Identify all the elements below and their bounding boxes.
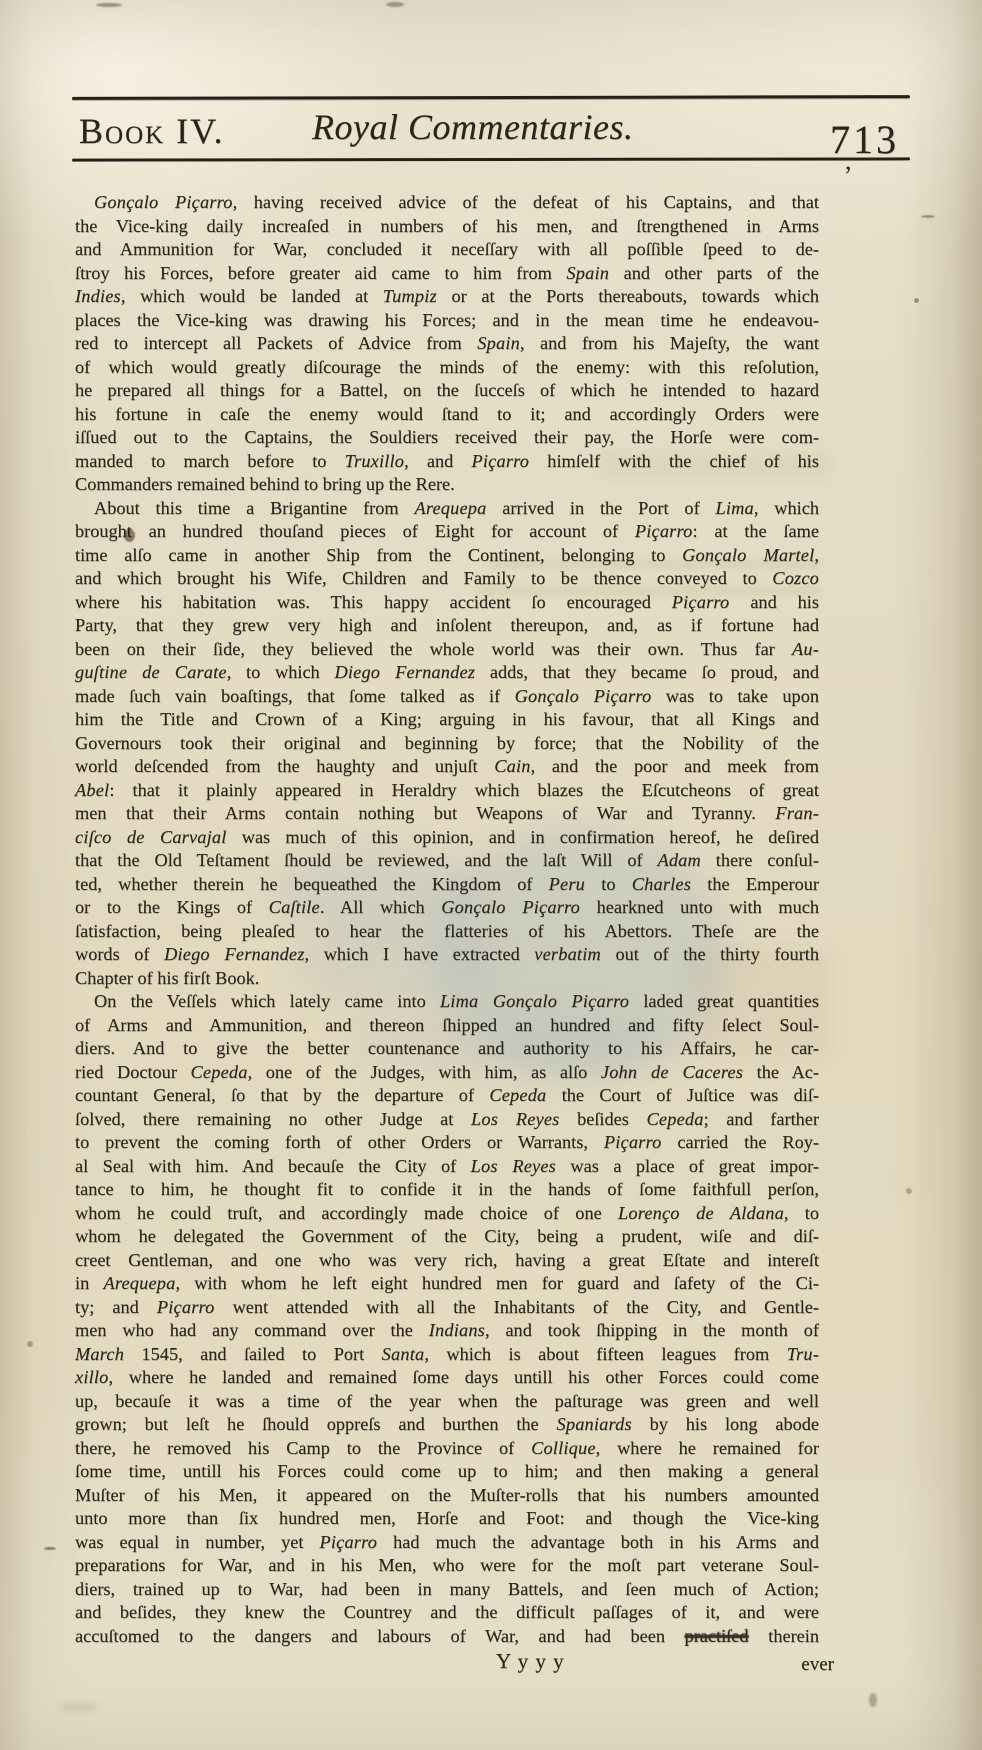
text-line: On the Veſſels which lately came into Li…: [75, 990, 819, 1014]
header-rule-bottom: [72, 157, 910, 161]
ink-mark: [906, 1188, 912, 1194]
text-line: manded to march before to Truxillo, and …: [75, 450, 819, 474]
page-number: 713: [830, 116, 899, 163]
text-line: ſome time, untill his Forces could come …: [75, 1460, 819, 1484]
text-line: up, becauſe it was a time of the year wh…: [75, 1390, 819, 1414]
paragraph: About this time a Brigantine from Areque…: [75, 497, 819, 991]
text-line: and beſides, they knew the Countrey and …: [75, 1601, 819, 1625]
paragraph: On the Veſſels which lately came into Li…: [75, 990, 819, 1648]
text-line: ted, whether therein he bequeathed the K…: [75, 873, 819, 897]
paragraph: Gonçalo Piçarro, having received advice …: [75, 191, 819, 497]
text-line: March 1545, and ſailed to Port Santa, wh…: [75, 1343, 819, 1367]
text-line: brought an hundred thouſand pieces of Ei…: [75, 520, 819, 544]
text-line: of which would greatly diſcourage the mi…: [75, 356, 819, 380]
book-number-label: Book IV.: [79, 110, 225, 152]
text-line: diers, trained up to War, had been in ma…: [75, 1578, 819, 1602]
text-line: preparations for War, and in his Men, wh…: [75, 1554, 819, 1578]
text-line: in Arequepa, with whom he left eight hun…: [75, 1272, 819, 1296]
text-line: accuſtomed to the dangers and labours of…: [75, 1625, 819, 1649]
text-line: he prepared all things for a Battel, on …: [75, 379, 819, 403]
text-line: Abel: that it plainly appeared in Herald…: [75, 779, 819, 803]
text-line: Muſter of his Men, it appeared on the Mu…: [75, 1484, 819, 1508]
text-line: ried Doctour Cepeda, one of the Judges, …: [75, 1061, 819, 1085]
text-line: world deſcended from the haughty and unj…: [75, 755, 819, 779]
ink-mark: [914, 298, 919, 303]
text-line: men who had any command over the Indians…: [75, 1319, 819, 1343]
ink-mark: [96, 3, 122, 7]
text-line: Indies, which would be landed at Tumpiz …: [75, 285, 819, 309]
text-line: Governours took their original and begin…: [75, 732, 819, 756]
text-line: that the Old Teſtament ſhould be reviewe…: [75, 849, 819, 873]
text-line: places the Vice-king was drawing his For…: [75, 309, 819, 333]
text-line: xillo, where he landed and remained ſome…: [75, 1366, 819, 1390]
text-line: unto more than ſix hundred men, Horſe an…: [75, 1507, 819, 1531]
text-line: ciſco de Carvajal was much of this opini…: [75, 826, 819, 850]
text-line: men that their Arms contain nothing but …: [75, 802, 819, 826]
text-line: ſtroy his Forces, before greater aid cam…: [75, 262, 819, 286]
signature-mark: Y y y y: [496, 1650, 565, 1674]
text-line: or to the Kings of Caſtile. All which Go…: [75, 896, 819, 920]
ink-mark: [27, 1341, 33, 1347]
text-line: where his habitation was. This happy acc…: [75, 591, 819, 615]
text-line: diers. And to give the better countenanc…: [75, 1037, 819, 1061]
text-line: creet Gentleman, and one who was very ri…: [75, 1249, 819, 1273]
text-line: and Ammunition for War, concluded it nec…: [75, 238, 819, 262]
text-line: whom he delegated the Government of the …: [75, 1225, 819, 1249]
text-line: Chapter of his firſt Book.: [75, 967, 819, 991]
text-line: his fortune in caſe the enemy would ſtan…: [75, 403, 819, 427]
ink-stain: [58, 1702, 98, 1712]
text-line: tance to him, he thought fit to confide …: [75, 1178, 819, 1202]
ink-mark: [921, 215, 935, 218]
signature-row: Y y y y ever: [75, 1650, 819, 1678]
page-number-mark: ,: [845, 146, 852, 176]
text-line: al Seal with him. And becauſe the City o…: [75, 1155, 819, 1179]
text-line: iſſued out to the Captains, the Souldier…: [75, 426, 819, 450]
book-page-scan: Book IV. Royal Commentaries. 713 , Gonça…: [0, 0, 982, 1750]
ink-mark: [386, 2, 404, 7]
text-line: there, he removed his Camp to the Provin…: [75, 1437, 819, 1461]
text-line: made ſuch vain boaſtings, that ſome talk…: [75, 685, 819, 709]
text-line: the Vice-king daily increaſed in numbers…: [75, 215, 819, 239]
text-line: About this time a Brigantine from Areque…: [75, 497, 819, 521]
text-line: guſtine de Carate, to which Diego Fernan…: [75, 661, 819, 685]
text-line: ſolved, there remaining no other Judge a…: [75, 1108, 819, 1132]
text-line: countant General, ſo that by the departu…: [75, 1084, 819, 1108]
ink-mark: [44, 1547, 56, 1550]
running-title: Royal Commentaries.: [312, 106, 633, 148]
text-line: to prevent the coming forth of other Ord…: [75, 1131, 819, 1155]
ink-stain: [869, 1693, 877, 1707]
text-line: him the Title and Crown of a King; argui…: [75, 708, 819, 732]
text-line: whom he could truſt, and accordingly mad…: [75, 1202, 819, 1226]
text-line: ty; and Piçarro went attended with all t…: [75, 1296, 819, 1320]
text-line: Commanders remained behind to bring up t…: [75, 473, 819, 497]
text-line: grown; but leſt he ſhould oppreſs and bu…: [75, 1413, 819, 1437]
text-line: been on their ſide, they believed the wh…: [75, 638, 819, 662]
text-line: of Arms and Ammunition, and thereon ſhip…: [75, 1014, 819, 1038]
text-line: time alſo came in another Ship from the …: [75, 544, 819, 568]
text-line: and which brought his Wife, Children and…: [75, 567, 819, 591]
text-line: words of Diego Fernandez, which I have e…: [75, 943, 819, 967]
text-line: Gonçalo Piçarro, having received advice …: [75, 191, 819, 215]
text-line: red to intercept all Packets of Advice f…: [75, 332, 819, 356]
text-line: was equal in number, yet Piçarro had muc…: [75, 1531, 819, 1555]
catchword: ever: [801, 1653, 834, 1677]
text-line: ſatisfaction, being pleaſed to hear the …: [75, 920, 819, 944]
text-line: Party, that they grew very high and inſo…: [75, 614, 819, 638]
text-block: Gonçalo Piçarro, having received advice …: [75, 191, 819, 1678]
header-rule-top: [72, 95, 910, 100]
